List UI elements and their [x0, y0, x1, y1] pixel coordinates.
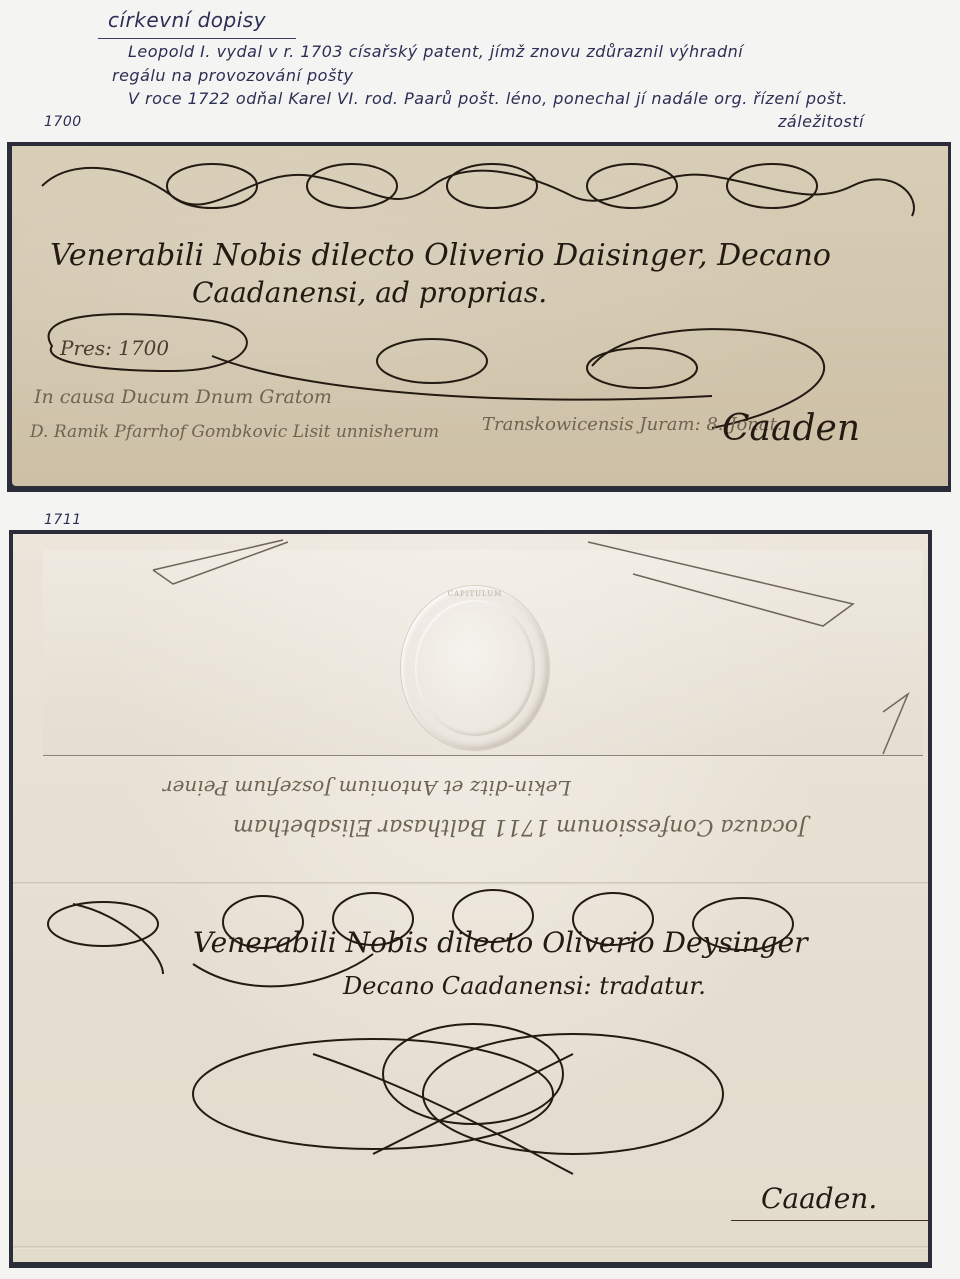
letter-1-docket-line-1: In causa Ducum Dnum Gratom	[34, 386, 332, 408]
letter-2-bottom-fold	[13, 1246, 928, 1249]
calligraphic-flourish-icon	[13, 534, 928, 1262]
letter-1-docket-line-2: D. Ramik Pfarrhof Gombkovic Lisit unnish…	[30, 422, 439, 442]
letter-2-year-label: 1711	[44, 512, 82, 528]
letter-2-destination: Caaden.	[761, 1182, 877, 1215]
letter-2-address-line-2: Decano Caadanensi: tradatur.	[343, 972, 706, 1000]
letter-1-envelope: Venerabili Nobis dilecto Oliverio Daisin…	[12, 146, 948, 486]
letter-1-reference-mark: Pres: 1700	[60, 336, 169, 360]
album-note-line-3: V roce 1722 odňal Karel VI. rod. Paarů p…	[128, 89, 848, 108]
destination-underline	[731, 1220, 928, 1221]
letter-1-address-line-1: Venerabili Nobis dilecto Oliverio Daisin…	[50, 238, 831, 273]
letter-1-address-line-2: Caadanensi, ad proprias.	[192, 276, 547, 309]
album-note-line-2: regálu na provozování pošty	[112, 66, 354, 85]
letter-2-address-line-1: Venerabili Nobis dilecto Oliverio Deysin…	[193, 926, 808, 959]
album-note-line-4: záležitostí	[778, 112, 864, 131]
letter-2-folded-letter: CAPITULUM Lekin-ditz et Antonium Joszefi…	[13, 534, 928, 1262]
album-note-line-1: Leopold I. vydal v r. 1703 císařský pate…	[128, 42, 743, 61]
album-page-title: církevní dopisy	[108, 8, 266, 32]
title-underline	[98, 38, 296, 39]
letter-1-year-label: 1700	[44, 114, 82, 130]
letter-1-destination: Caaden	[722, 408, 860, 449]
